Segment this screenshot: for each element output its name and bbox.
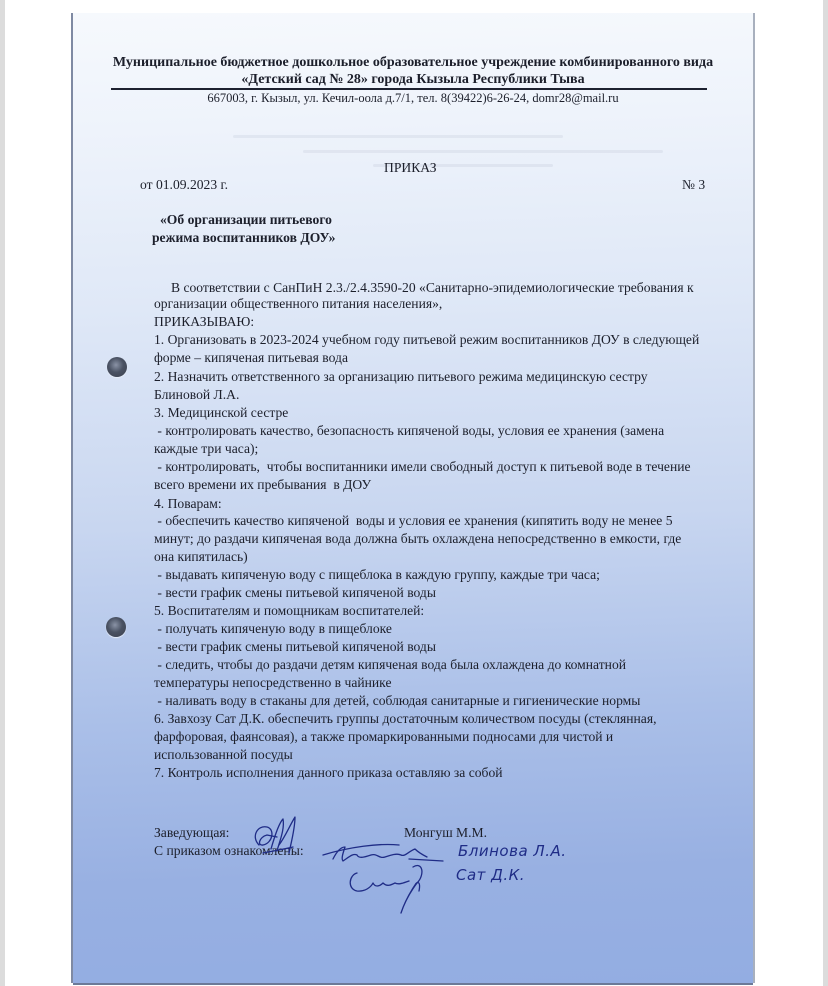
order-body-line: форме – кипяченая питьевая вода: [154, 350, 348, 366]
order-body-line: температуры непосредственно в чайнике: [154, 675, 391, 691]
org-address: 667003, г. Кызыл, ул. Кечил-оола д.7/1, …: [73, 91, 753, 106]
order-body-line: организации общественного питания населе…: [154, 296, 442, 312]
punch-hole: [107, 357, 127, 377]
order-body-line: каждые три часа);: [154, 441, 258, 457]
order-body-line: - следить, чтобы до раздачи детям кипяче…: [154, 657, 626, 673]
header-rule: [111, 88, 707, 90]
order-body-line: она кипятилась): [154, 549, 248, 565]
org-name-line1: Муниципальное бюджетное дошкольное образ…: [73, 55, 753, 71]
order-body-line: ПРИКАЗЫВАЮ:: [154, 314, 254, 330]
punch-hole: [106, 617, 126, 637]
order-subject-line1: «Об организации питьевого: [160, 212, 332, 228]
order-body-line: - наливать воду в стаканы для детей, соб…: [154, 693, 640, 709]
viewer-frame-right: [823, 0, 828, 986]
order-date: от 01.09.2023 г.: [140, 177, 228, 193]
order-body-line: фарфоровая, фаянсовая), а также промарки…: [154, 729, 613, 745]
order-body-line: использованной посуды: [154, 747, 293, 763]
order-body-line: 2. Назначить ответственного за организац…: [154, 369, 648, 385]
order-body-line: 1. Организовать в 2023-2024 учебном году…: [154, 332, 699, 348]
order-body-line: 7. Контроль исполнения данного приказа о…: [154, 765, 503, 781]
document-title: ПРИКАЗ: [384, 160, 437, 176]
order-body-line: - получать кипяченую воду в пищеблоке: [154, 621, 392, 637]
bleed-through-mark: [303, 150, 663, 153]
order-body-line: - вести график смены питьевой кипяченой …: [154, 639, 436, 655]
handwritten-name-blinova: Блинова Л.А.: [458, 842, 567, 860]
order-body-line: Блиновой Л.А.: [154, 387, 239, 403]
order-body-line: - контролировать, чтобы воспитанники име…: [154, 459, 691, 475]
order-body-line: В соответствии с СанПиН 2.3./2.4.3590-20…: [154, 280, 694, 296]
handwritten-name-sat: Сат Д.К.: [456, 866, 525, 884]
document-page: Муниципальное бюджетное дошкольное образ…: [73, 13, 753, 983]
sat-signature: [343, 861, 433, 921]
bleed-through-mark: [233, 135, 563, 138]
order-body-line: минут; до раздачи кипяченая вода должна …: [154, 531, 681, 547]
order-body-line: 6. Завхозу Сат Д.К. обеспечить группы до…: [154, 711, 657, 727]
order-body-line: всего времени их пребывания в ДОУ: [154, 477, 371, 493]
order-body-line: 5. Воспитателям и помощникам воспитателе…: [154, 603, 424, 619]
order-body-line: 3. Медицинской сестре: [154, 405, 288, 421]
org-name-line2: «Детский сад № 28» города Кызыла Республ…: [73, 72, 753, 88]
order-subject-line2: режима воспитанников ДОУ»: [152, 230, 335, 246]
head-signature: [249, 815, 309, 865]
order-number: № 3: [682, 177, 705, 193]
head-label: Заведующая:: [154, 825, 229, 841]
order-body-line: - выдавать кипяченую воду с пищеблока в …: [154, 567, 600, 583]
viewer-frame-left: [0, 0, 5, 986]
order-body-line: - вести график смены питьевой кипяченой …: [154, 585, 436, 601]
order-body-line: - контролировать качество, безопасность …: [154, 423, 664, 439]
order-body-line: - обеспечить качество кипяченой воды и у…: [154, 513, 673, 529]
order-body-line: 4. Поварам:: [154, 496, 222, 512]
